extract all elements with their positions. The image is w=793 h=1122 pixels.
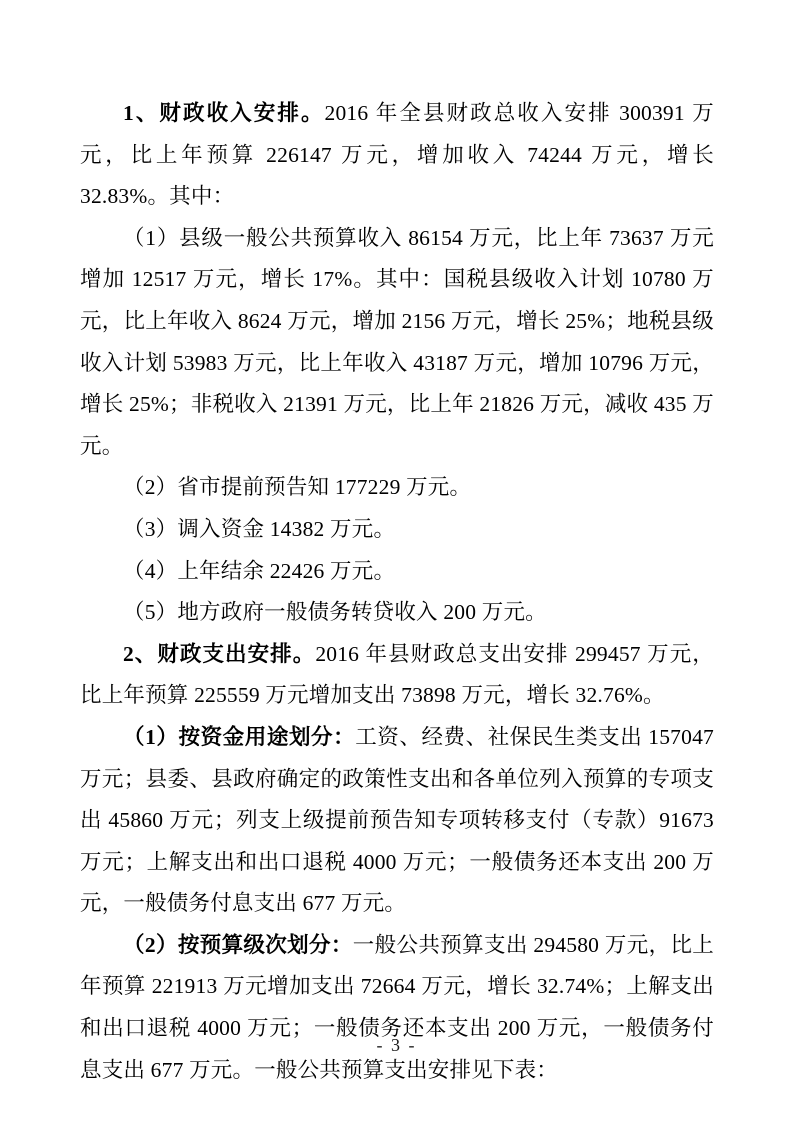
paragraph-revenue-item-1: （1）县级一般公共预算收入 86154 万元，比上年 73637 万元增加 12…: [80, 218, 714, 468]
paragraph-text: （1）县级一般公共预算收入 86154 万元，比上年 73637 万元增加 12…: [80, 226, 714, 458]
page-number: - 3 -: [0, 1033, 793, 1057]
paragraph-lead: 1、财政收入安排。: [123, 101, 325, 125]
paragraph-revenue-item-2: （2）省市提前预告知 177229 万元。: [80, 467, 714, 509]
paragraph-revenue-item-5: （5）地方政府一般债务转贷收入 200 万元。: [80, 592, 714, 634]
paragraph-lead: （1）按资金用途划分：: [123, 725, 355, 749]
paragraph-text: （2）省市提前预告知 177229 万元。: [123, 475, 471, 499]
paragraph-expenditure-heading: 2、财政支出安排。2016 年县财政总支出安排 299457 万元，比上年预算 …: [80, 634, 714, 717]
paragraph-revenue-item-3: （3）调入资金 14382 万元。: [80, 509, 714, 551]
paragraph-expenditure-by-purpose: （1）按资金用途划分：工资、经费、社保民生类支出 157047 万元；县委、县政…: [80, 717, 714, 925]
paragraph-revenue-item-4: （4）上年结余 22426 万元。: [80, 551, 714, 593]
document-page: 1、财政收入安排。2016 年全县财政总收入安排 300391 万元，比上年预算…: [0, 0, 793, 1122]
paragraph-lead: （2）按预算级次划分：: [123, 933, 353, 957]
paragraph-revenue-heading: 1、财政收入安排。2016 年全县财政总收入安排 300391 万元，比上年预算…: [80, 93, 714, 218]
paragraph-text: （3）调入资金 14382 万元。: [123, 517, 395, 541]
paragraph-text: （5）地方政府一般债务转贷收入 200 万元。: [123, 600, 547, 624]
paragraph-expenditure-by-budget-level: （2）按预算级次划分：一般公共预算支出 294580 万元，比上年预算 2219…: [80, 925, 714, 1091]
paragraph-text: （4）上年结余 22426 万元。: [123, 559, 395, 583]
paragraph-text: 工资、经费、社保民生类支出 157047 万元；县委、县政府确定的政策性支出和各…: [80, 725, 714, 915]
document-body: 1、财政收入安排。2016 年全县财政总收入安排 300391 万元，比上年预算…: [80, 93, 714, 1091]
paragraph-lead: 2、财政支出安排。: [123, 642, 315, 666]
